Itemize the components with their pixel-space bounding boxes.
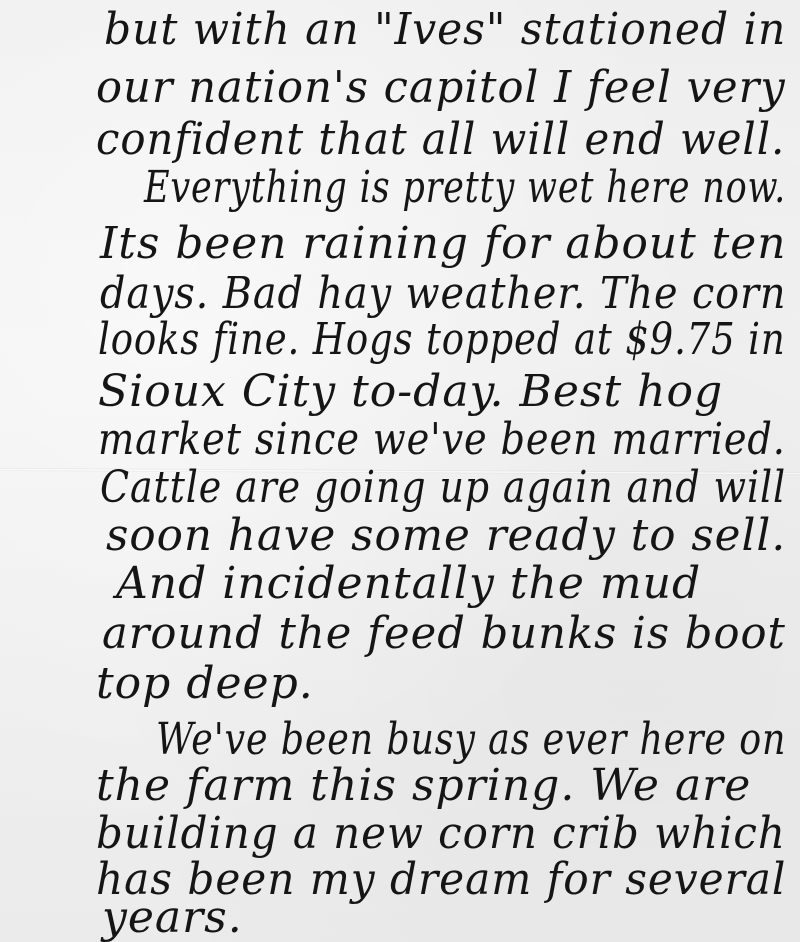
- letter-line: Sioux City to-day. Best hog: [98, 370, 723, 414]
- letter-line: Everything is pretty wet here now.: [144, 166, 786, 210]
- letter-page: but with an "Ives" stationed in our nati…: [0, 0, 800, 942]
- letter-line: around the feed bunks is boot: [102, 612, 786, 656]
- letter-line: our nation's capitol I feel very: [96, 66, 786, 110]
- letter-line: market since we've been married.: [98, 418, 786, 462]
- letter-line: years.: [102, 896, 243, 940]
- letter-line: Its been raining for about ten: [100, 222, 786, 266]
- letter-line: We've been busy as ever here on: [156, 718, 786, 762]
- letter-line: looks fine. Hogs topped at $9.75 in: [98, 318, 786, 362]
- letter-line: top deep.: [96, 662, 314, 706]
- letter-line: building a new corn crib which: [96, 812, 786, 856]
- letter-line: the farm this spring. We are: [96, 764, 751, 808]
- letter-line: Cattle are going up again and will: [100, 466, 786, 510]
- letter-line: soon have some ready to sell.: [106, 514, 786, 558]
- letter-line: days. Bad hay weather. The corn: [100, 272, 786, 316]
- letter-line: confident that all will end well.: [96, 118, 785, 162]
- letter-line: but with an "Ives" stationed in: [104, 8, 786, 52]
- letter-line: And incidentally the mud: [116, 562, 701, 606]
